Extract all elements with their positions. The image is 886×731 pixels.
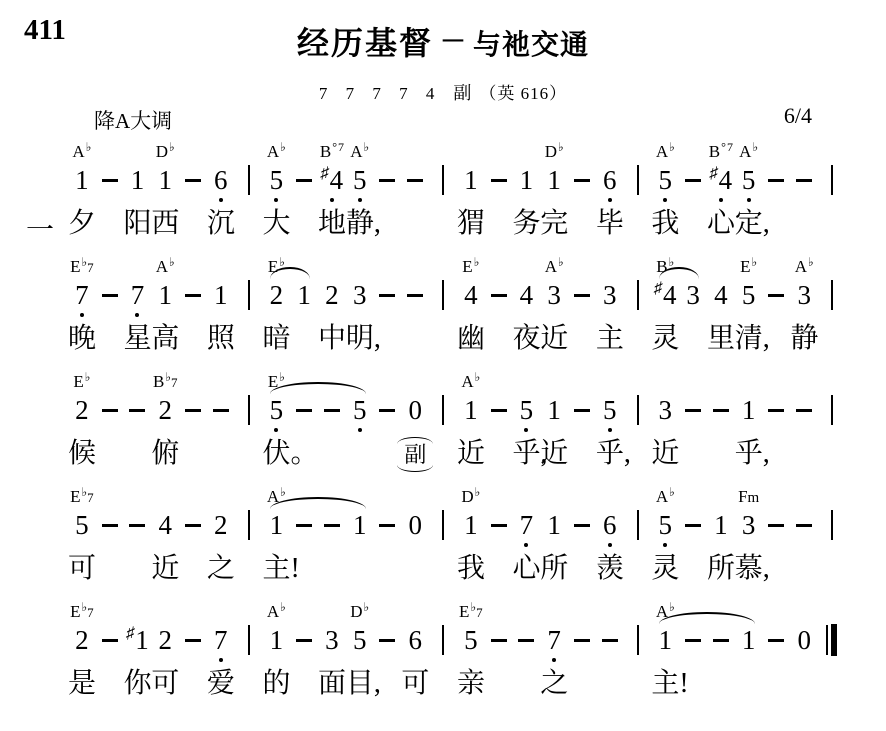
chord-label: D♭ <box>346 600 374 623</box>
barline <box>235 140 263 246</box>
note-digit: 3 <box>797 278 811 312</box>
chord-label: A♭ <box>151 255 179 278</box>
accidental: ♭ <box>82 485 88 499</box>
dash-token <box>96 140 124 246</box>
chord-label <box>513 600 541 623</box>
note-digit: 3 <box>742 508 756 542</box>
meter-numbers: 7 7 7 7 4 <box>319 84 442 103</box>
title-subtitle: 与祂交通 <box>473 30 589 61</box>
lyric-syllable <box>346 551 374 591</box>
accidental: ♭ <box>280 485 286 499</box>
note-token: A♭1夕 <box>68 140 96 246</box>
dash-token <box>790 370 818 476</box>
low-octave-dot <box>524 428 528 432</box>
chord-label <box>596 255 624 278</box>
lyric-syllable: 地 <box>318 206 346 246</box>
note-digit: 4 <box>520 278 534 312</box>
note-token: 2中 <box>318 255 346 361</box>
lyric-syllable: 清, <box>735 321 763 361</box>
note-digit: 5 <box>603 393 617 427</box>
low-octave-dot <box>552 658 556 662</box>
lyric-syllable <box>707 436 735 476</box>
lyric-syllable <box>235 436 263 476</box>
note-digit: 2 <box>270 278 284 312</box>
lyric-syllable <box>318 551 346 591</box>
dash-token <box>763 140 791 246</box>
note-digit: 1 <box>520 163 534 197</box>
bar-line <box>831 510 833 540</box>
duration-dash <box>713 409 729 412</box>
note-token: A♭5我 <box>651 140 679 246</box>
note-digit: 0 <box>797 623 811 657</box>
chord-label <box>429 140 457 163</box>
dash-token <box>763 370 791 476</box>
note-digit: 2 <box>158 393 172 427</box>
note-digit: 1 <box>297 278 311 312</box>
lyric-syllable <box>124 436 152 476</box>
note-digit: 5 <box>353 393 367 427</box>
duration-dash <box>685 639 701 642</box>
note-digit: 1 <box>547 163 561 197</box>
lyric-syllable <box>790 551 818 591</box>
note-token: 1近 <box>540 370 568 476</box>
accidental: ♭ <box>475 485 481 499</box>
music-system-3: E♭2候B♭72俯E♭5伏。50副A♭1近5乎,1近5乎,3近1乎, <box>0 370 886 476</box>
note-digit: 2 <box>75 623 89 657</box>
lyric-syllable <box>235 206 263 246</box>
music-system-2: E♭77晚7星A♭1高1照E♭2暗12中3明,E♭4幽4夜A♭3近3主B♭♯4灵… <box>0 255 886 361</box>
duration-dash <box>102 294 118 297</box>
dash-token <box>485 370 513 476</box>
chord-label <box>96 140 124 163</box>
chord-label <box>374 370 402 393</box>
dash-token <box>568 485 596 591</box>
note-token: 7星 <box>124 255 152 361</box>
note-digit: 7 <box>131 278 145 312</box>
lyric-syllable: 你 <box>124 666 152 706</box>
title-main: 经历基督 <box>297 25 433 61</box>
dash-token <box>763 485 791 591</box>
duration-dash <box>185 639 201 642</box>
lyric-syllable <box>401 551 429 591</box>
lyric-syllable: 灵 <box>651 321 679 361</box>
lyric-syllable: 主! <box>651 666 679 706</box>
accidental: ♭ <box>169 140 175 154</box>
duration-dash <box>129 409 145 412</box>
note-digit: 5 <box>742 278 756 312</box>
duration-dash <box>296 524 312 527</box>
low-octave-dot <box>608 543 612 547</box>
dash-token <box>179 370 207 476</box>
chord-label <box>179 255 207 278</box>
barline <box>818 255 846 361</box>
refrain-mark: 副 <box>401 437 429 473</box>
note-token: 2之 <box>207 485 235 591</box>
dash-token <box>179 255 207 361</box>
chord-label <box>624 485 652 508</box>
dash-token <box>374 485 402 591</box>
accidental: ♭ <box>558 140 564 154</box>
chord-label <box>318 600 346 623</box>
chord-label <box>124 370 152 393</box>
duration-dash <box>796 179 812 182</box>
chord-label: D♭ <box>540 140 568 163</box>
duration-dash <box>768 524 784 527</box>
duration-dash <box>296 409 312 412</box>
note-digit: 1 <box>547 508 561 542</box>
chord-label <box>124 485 152 508</box>
barline <box>624 370 652 476</box>
dash-token <box>679 140 707 246</box>
duration-dash <box>574 524 590 527</box>
dash-token <box>207 370 235 476</box>
chord-label <box>707 370 735 393</box>
lyric-syllable <box>429 551 457 591</box>
chord-label <box>179 370 207 393</box>
note-token: E♭2候 <box>68 370 96 476</box>
lyric-syllable: 大 <box>262 206 290 246</box>
chord-label <box>513 255 541 278</box>
chord-label: A♭ <box>457 370 485 393</box>
dash-token <box>568 140 596 246</box>
lyric-syllable <box>374 206 402 246</box>
note-digit: 5 <box>353 163 367 197</box>
chord-label <box>401 370 429 393</box>
bar-line <box>442 395 444 425</box>
chord-label <box>485 600 513 623</box>
note-digit: 1 <box>714 508 728 542</box>
lyric-syllable: 近 <box>540 321 568 361</box>
lyric-syllable <box>96 551 124 591</box>
chord-label: A♭ <box>262 600 290 623</box>
chord-label: D♭ <box>151 140 179 163</box>
dash-token <box>96 600 124 706</box>
note-digit: 5 <box>75 508 89 542</box>
lyric-syllable: 务 <box>513 206 541 246</box>
lyric-syllable <box>179 666 207 706</box>
low-octave-dot <box>135 313 139 317</box>
dash-token <box>401 255 429 361</box>
lyric-syllable <box>96 436 124 476</box>
note-token: 7心 <box>513 485 541 591</box>
note-token: 7之 <box>540 600 568 706</box>
final-bar-thin <box>826 625 828 655</box>
chord-label <box>763 370 791 393</box>
chord-label: E♭7 <box>457 600 485 623</box>
chord-label <box>596 370 624 393</box>
chord-label <box>679 140 707 163</box>
dash-token <box>707 370 735 476</box>
lyric-syllable <box>429 206 457 246</box>
lyric-syllable <box>790 666 818 706</box>
lyric-syllable: 乎, <box>596 436 624 476</box>
note-token: 0 <box>790 600 818 706</box>
dash-token <box>763 600 791 706</box>
chord-label <box>485 140 513 163</box>
note-digit: 1 <box>464 508 478 542</box>
chord-label: A♭ <box>540 255 568 278</box>
note-token: 3主 <box>596 255 624 361</box>
bar-line <box>248 625 250 655</box>
chord-label <box>568 485 596 508</box>
low-octave-dot <box>719 198 723 202</box>
low-octave-dot <box>274 428 278 432</box>
lyric-syllable: 照 <box>207 321 235 361</box>
barline <box>818 140 846 246</box>
chord-label <box>179 485 207 508</box>
note-digit: 1 <box>353 508 367 542</box>
note-digit: 1 <box>131 163 145 197</box>
chord-label <box>151 485 179 508</box>
lyric-syllable <box>290 551 318 591</box>
accidental: ♭ <box>280 140 286 154</box>
key-signature: 降A大调 <box>94 105 172 135</box>
duration-dash <box>324 524 340 527</box>
accidental: ♭ <box>669 140 675 154</box>
dash-token <box>763 255 791 361</box>
barline <box>818 600 846 706</box>
chord-number: 7 <box>87 490 94 505</box>
lyric-syllable: 爱 <box>207 666 235 706</box>
lyric-syllable: 近 <box>457 436 485 476</box>
sharp-icon: ♯ <box>321 157 329 191</box>
note-digit: 1 <box>158 278 172 312</box>
chord-label <box>207 370 235 393</box>
duration-dash <box>796 524 812 527</box>
lyric-syllable: 夕 <box>68 206 96 246</box>
barline <box>429 140 457 246</box>
lyric-syllable: 我 <box>651 206 679 246</box>
lyric-syllable: 毕 <box>596 206 624 246</box>
low-octave-dot <box>219 198 223 202</box>
lyric-syllable: 面 <box>318 666 346 706</box>
lyric-syllable <box>318 436 346 476</box>
lyric-syllable <box>568 321 596 361</box>
low-octave-dot <box>330 198 334 202</box>
lyric-syllable <box>568 551 596 591</box>
note-token: 1阳 <box>124 140 152 246</box>
duration-dash <box>768 179 784 182</box>
note-token: B♭72俯 <box>151 370 179 476</box>
chord-label <box>401 485 429 508</box>
lyric-syllable <box>679 666 707 706</box>
note-digit: 5 <box>270 393 284 427</box>
accidental: ♭ <box>475 370 481 384</box>
lyric-syllable: 是 <box>68 666 96 706</box>
lyric-syllable <box>513 666 541 706</box>
chord-label: A♭ <box>735 140 763 163</box>
dash-token <box>485 255 513 361</box>
barline <box>624 140 652 246</box>
duration-dash <box>129 524 145 527</box>
bar-line <box>637 510 639 540</box>
lyric-syllable <box>735 666 763 706</box>
final-bar-thick <box>831 624 837 656</box>
barline <box>429 485 457 591</box>
chord-label <box>207 600 235 623</box>
note-token: 1务 <box>513 140 541 246</box>
accidental: ° <box>332 140 337 154</box>
lyric-syllable <box>207 436 235 476</box>
lyric-syllable: 沉 <box>207 206 235 246</box>
lyric-syllable: 静, <box>346 206 374 246</box>
chord-label <box>429 255 457 278</box>
chord-label: E♭ <box>735 255 763 278</box>
dash-token <box>485 600 513 706</box>
note-token: B°7♯4地 <box>318 140 346 246</box>
chord-label <box>763 485 791 508</box>
chord-label <box>207 255 235 278</box>
meter-line: 7 7 7 7 4副（英 616） <box>0 79 886 105</box>
lyric-syllable <box>790 206 818 246</box>
note-digit: 0 <box>409 393 423 427</box>
note-digit: 5 <box>464 623 478 657</box>
dash-token <box>179 600 207 706</box>
notation-row: E♭77晚7星A♭1高1照E♭2暗12中3明,E♭4幽4夜A♭3近3主B♭♯4灵… <box>68 255 846 361</box>
accidental: ♭ <box>169 255 175 269</box>
notation-row: E♭72是♯1你2可7爱A♭1的3面D♭5目,6可E♭75亲7之A♭1主!10 <box>68 600 846 706</box>
lyric-syllable: 近 <box>151 551 179 591</box>
sharp-icon: ♯ <box>126 617 134 651</box>
dash-token <box>401 140 429 246</box>
low-octave-dot <box>274 198 278 202</box>
duration-dash <box>379 179 395 182</box>
chord-label <box>124 255 152 278</box>
bar-line <box>442 510 444 540</box>
dash-token <box>290 140 318 246</box>
duration-dash <box>768 409 784 412</box>
low-octave-dot <box>608 428 612 432</box>
lyric-syllable: 慕, <box>735 551 763 591</box>
dash-token <box>374 255 402 361</box>
chord-label <box>679 370 707 393</box>
chord-label <box>429 485 457 508</box>
barline <box>429 370 457 476</box>
duration-dash <box>685 524 701 527</box>
lyric-syllable <box>179 436 207 476</box>
duration-dash <box>491 179 507 182</box>
chord-label <box>374 485 402 508</box>
note-token: E♭72是 <box>68 600 96 706</box>
chord-label <box>401 255 429 278</box>
chord-label <box>818 485 846 508</box>
lyric-syllable <box>790 436 818 476</box>
lyric-syllable <box>485 436 513 476</box>
note-token: 1乎, <box>735 370 763 476</box>
chord-label <box>624 600 652 623</box>
note-digit: 2 <box>214 508 228 542</box>
lyric-syllable <box>485 551 513 591</box>
note-token: A♭5静, <box>346 140 374 246</box>
note-token: 0 <box>401 485 429 591</box>
duration-dash <box>324 409 340 412</box>
lyric-syllable <box>429 666 457 706</box>
music-system-1: A♭1夕1阳D♭1西6沉A♭5大B°7♯4地A♭5静,1猬1务D♭1完6毕A♭5… <box>0 140 886 246</box>
note-token: A♭5大 <box>262 140 290 246</box>
note-token: A♭1高 <box>151 255 179 361</box>
bar-line <box>831 395 833 425</box>
lyric-syllable: 我 <box>457 551 485 591</box>
bar-line <box>248 165 250 195</box>
hymn-sheet-page: 411 经历基督－与祂交通 7 7 7 7 4副（英 616） 降A大调 6/4… <box>0 0 886 731</box>
barline <box>429 600 457 706</box>
dash-token <box>124 485 152 591</box>
dash-token <box>124 370 152 476</box>
lyric-syllable <box>763 551 791 591</box>
note-token: 4里 <box>707 255 735 361</box>
lyric-syllable: 可 <box>151 666 179 706</box>
chord-label <box>568 140 596 163</box>
notation-row: E♭2候B♭72俯E♭5伏。50副A♭1近5乎,1近5乎,3近1乎, <box>68 370 846 476</box>
chord-label <box>96 255 124 278</box>
lyric-syllable: 所 <box>540 551 568 591</box>
lyric-syllable <box>679 551 707 591</box>
dash-token <box>568 600 596 706</box>
chord-label <box>401 600 429 623</box>
lyric-syllable <box>374 666 402 706</box>
lyric-syllable: 羡 <box>596 551 624 591</box>
dash-token <box>568 370 596 476</box>
dash-token <box>179 140 207 246</box>
note-token: 6沉 <box>207 140 235 246</box>
chord-label <box>513 485 541 508</box>
note-digit: 5 <box>520 393 534 427</box>
duration-dash <box>407 294 423 297</box>
low-octave-dot <box>358 198 362 202</box>
lyric-syllable: 心 <box>707 206 735 246</box>
lyric-syllable: 阳 <box>124 206 152 246</box>
bar-line <box>248 510 250 540</box>
barline <box>235 485 263 591</box>
note-digit: 7 <box>75 278 89 312</box>
duration-dash <box>518 639 534 642</box>
chord-label <box>568 600 596 623</box>
lyric-syllable <box>374 551 402 591</box>
duration-dash <box>379 524 395 527</box>
lyric-syllable: 夜 <box>513 321 541 361</box>
low-octave-dot <box>747 198 751 202</box>
barline <box>624 600 652 706</box>
note-digit: 6 <box>214 163 228 197</box>
duration-dash <box>185 524 201 527</box>
accidental: ♭ <box>82 600 88 614</box>
note-token: A♭5灵 <box>651 485 679 591</box>
lyric-syllable <box>679 436 707 476</box>
chord-label <box>707 255 735 278</box>
dash-token <box>374 370 402 476</box>
chord-label <box>235 370 263 393</box>
barline <box>235 370 263 476</box>
page-title: 经历基督－与祂交通 <box>0 18 886 64</box>
duration-dash <box>574 409 590 412</box>
lyric-syllable <box>596 666 624 706</box>
duration-dash <box>379 409 395 412</box>
duration-dash <box>379 639 395 642</box>
accidental: ♭ <box>165 370 171 384</box>
bar-line <box>637 165 639 195</box>
chord-label <box>540 370 568 393</box>
note-digit: 4 <box>330 163 344 197</box>
lyric-syllable <box>290 321 318 361</box>
lyric-syllable <box>401 206 429 246</box>
barline <box>235 255 263 361</box>
lyric-syllable <box>96 666 124 706</box>
lyric-syllable: 可 <box>401 666 429 706</box>
lyric-syllable: 主! <box>262 551 290 591</box>
note-digit: 3 <box>603 278 617 312</box>
sharp-icon: ♯ <box>710 157 718 191</box>
duration-dash <box>102 639 118 642</box>
